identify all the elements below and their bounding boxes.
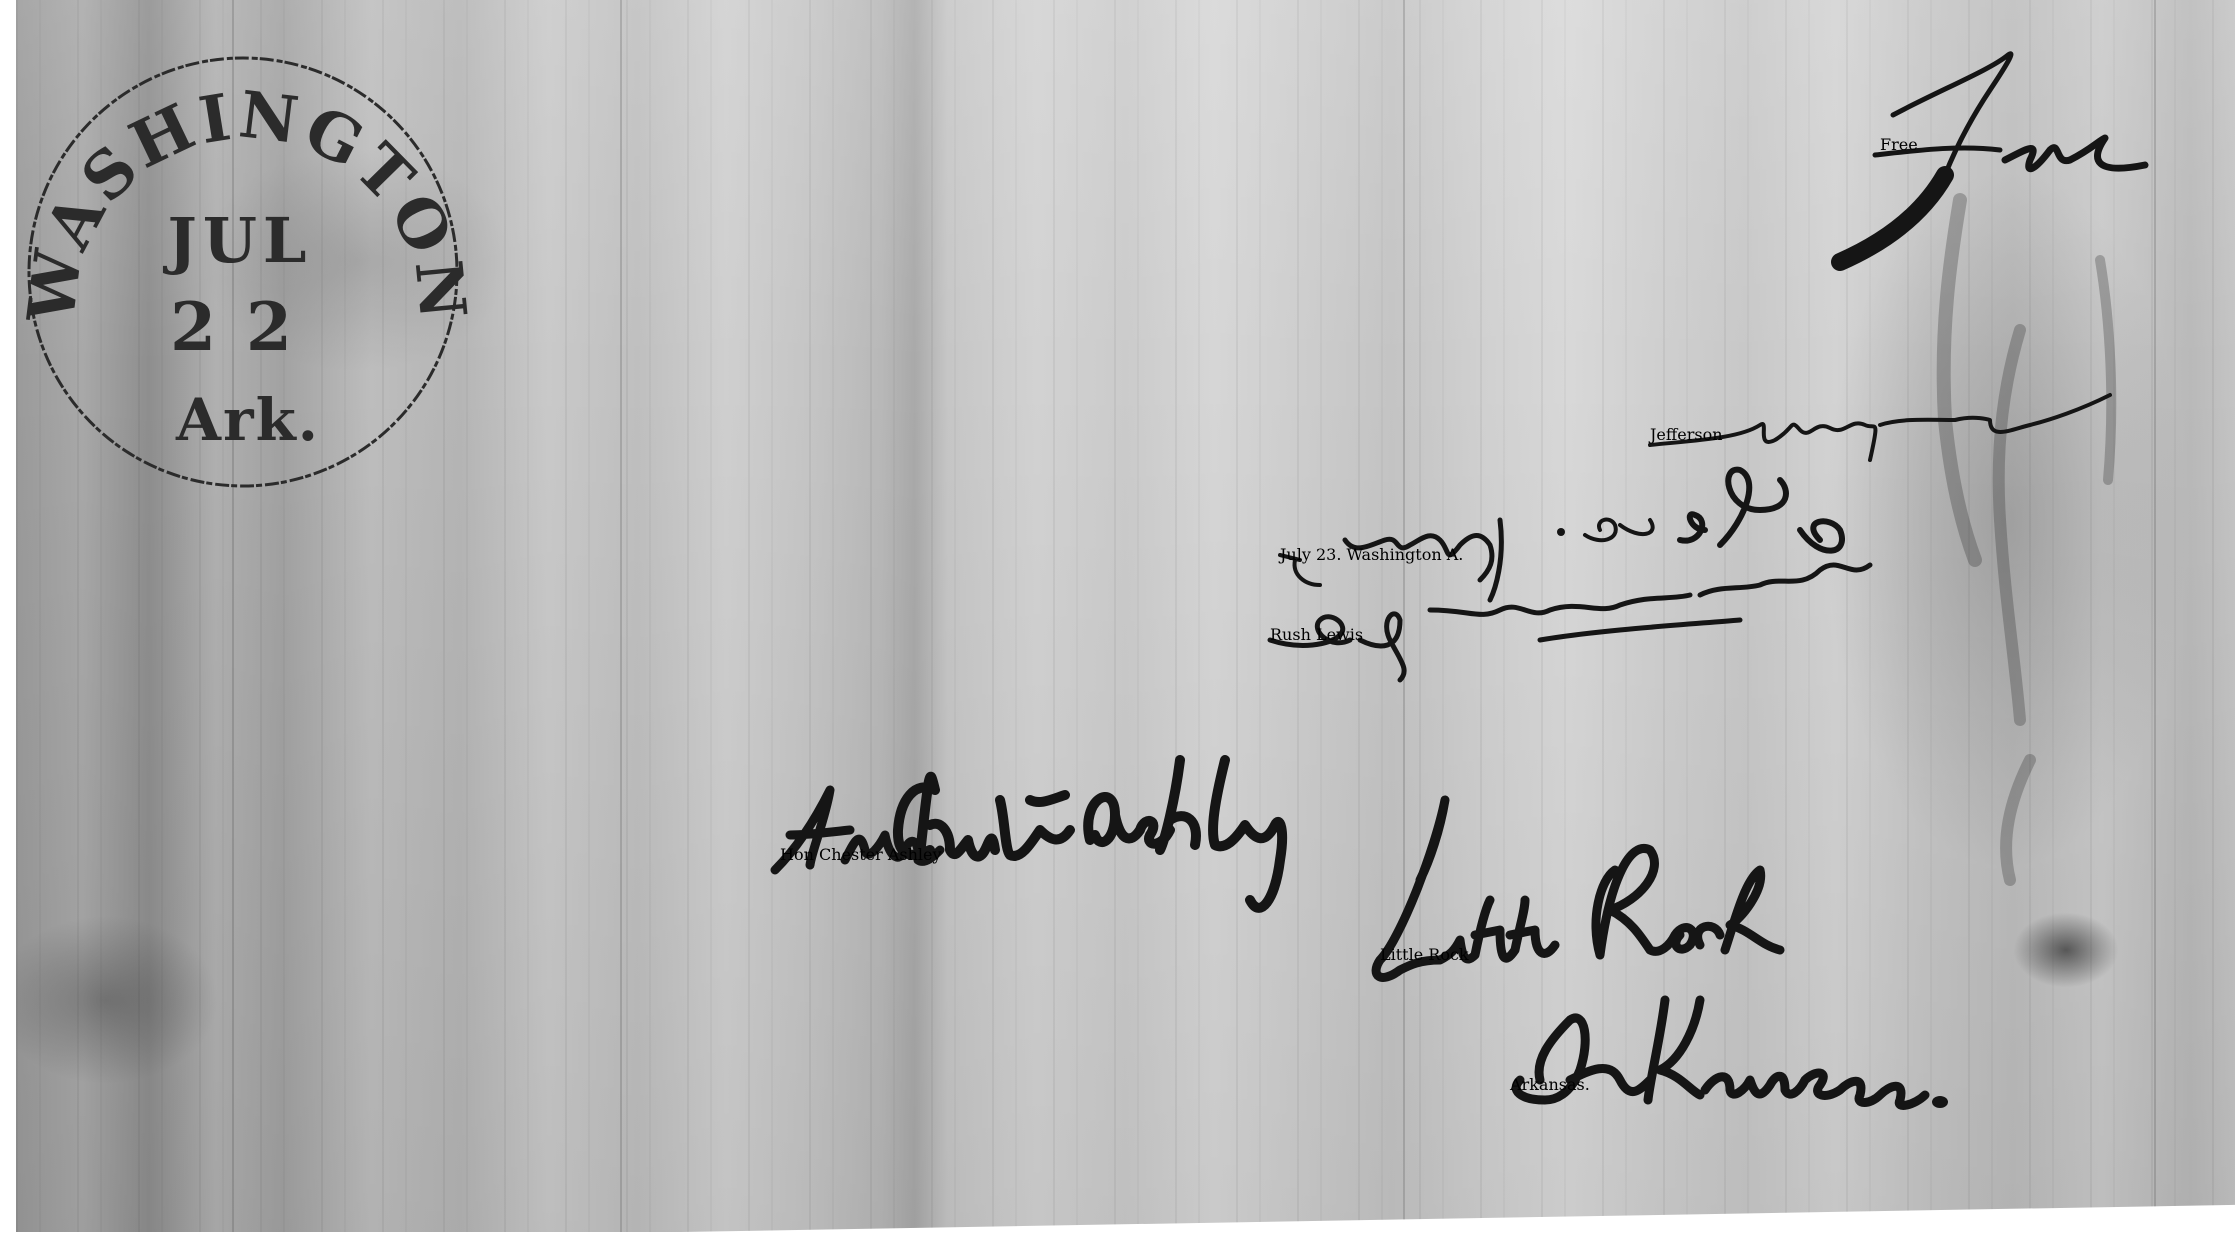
address-block: Hon Chester Ashley Little Rock Arkansas.	[0, 0, 2235, 1243]
